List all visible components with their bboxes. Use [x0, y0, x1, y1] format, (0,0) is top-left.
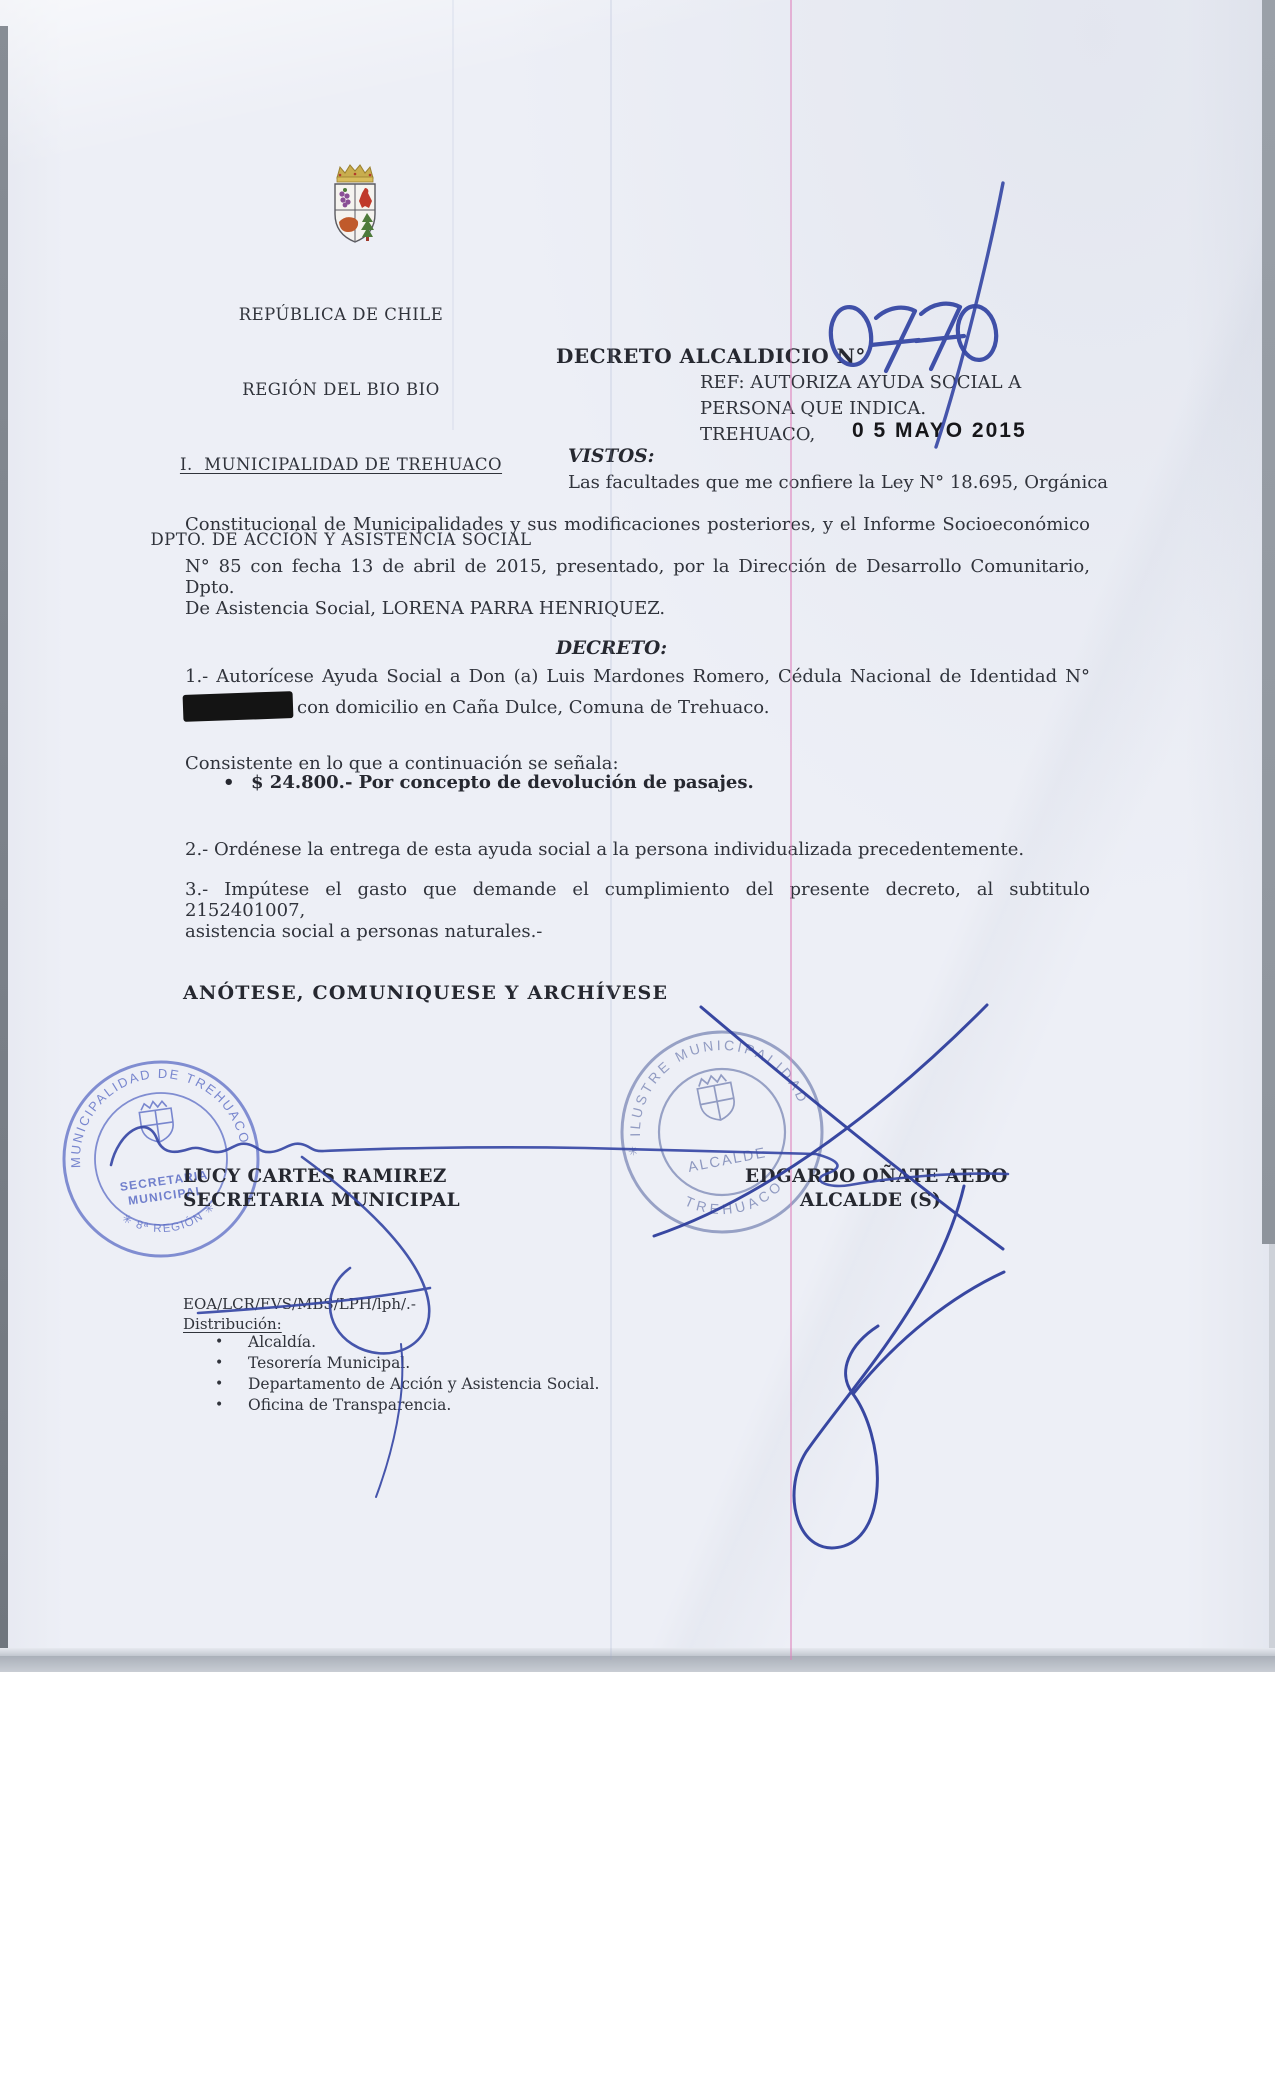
pink-margin-line — [790, 0, 792, 1660]
vistos-line-4: De Asistencia Social, LORENA PARRA HENRI… — [185, 598, 665, 619]
scanner-background — [0, 1672, 1275, 2100]
distribution-item-3: Departamento de Acción y Asistencia Soci… — [248, 1375, 599, 1393]
right-signatory-name: EDGARDO OÑATE AEDO — [745, 1166, 1008, 1187]
decree-title: DECRETO ALCALDICIO N° — [556, 344, 866, 368]
document-page: REPÚBLICA DE CHILE REGIÓN DEL BIO BIO I.… — [0, 0, 1275, 1672]
left-signatory-title: SECRETARIA MUNICIPAL — [183, 1190, 460, 1211]
center-stamp-star-icon: ✳ — [627, 1143, 640, 1159]
distribution-bullet-2: • — [215, 1355, 223, 1371]
distribution-item-4: Oficina de Transparencia. — [248, 1396, 451, 1414]
handwritten-slash — [936, 183, 1003, 447]
vistos-line-1: Las facultades que me confiere la Ley N°… — [568, 472, 1108, 493]
distribution-bullet-3: • — [215, 1376, 223, 1392]
closing-line: ANÓTESE, COMUNIQUESE Y ARCHÍVESE — [183, 982, 668, 1004]
letterhead-region: REGIÓN DEL BIO BIO — [135, 377, 547, 402]
consistente-line: Consistente en lo que a continuación se … — [185, 753, 619, 774]
left-stamp-ring-top-text: MUNICIPALIDAD DE TREHUACO — [56, 1054, 253, 1170]
fold-crease-short — [452, 0, 454, 430]
alcalde-stamp: ILUSTRE MUNICIPALIDAD TREHUACO ✳ ALCALDE — [598, 1008, 847, 1257]
scan-edge-right — [1262, 0, 1275, 1244]
left-signatory-name: LUCY CARTES RAMIREZ — [183, 1166, 447, 1187]
crown-icon — [337, 165, 373, 182]
place-line: TREHUACO, — [700, 424, 815, 445]
scan-edge-bottom — [0, 1656, 1275, 1672]
distribution-bullet-4: • — [215, 1397, 223, 1413]
ref-line-2: PERSONA QUE INDICA. — [700, 398, 926, 419]
decreto-item1-line1: 1.- Autorícese Ayuda Social a Don (a) Lu… — [185, 666, 1090, 687]
vistos-line-3: N° 85 con fecha 13 de abril de 2015, pre… — [185, 556, 1090, 598]
distribution-item-1: Alcaldía. — [248, 1333, 316, 1351]
vistos-line-2: Constitucional de Municipalidades y sus … — [185, 514, 1090, 535]
decreto-item3-line2: asistencia social a personas naturales.- — [185, 921, 542, 942]
scanned-decree-document: REPÚBLICA DE CHILE REGIÓN DEL BIO BIO I.… — [0, 0, 1275, 2100]
center-stamp-ring-top-text: ILUSTRE MUNICIPALIDAD — [611, 1021, 812, 1140]
redaction-bar — [183, 691, 294, 722]
distribution-item-2: Tesorería Municipal. — [248, 1354, 410, 1372]
coat-of-arms — [327, 160, 383, 248]
right-signatory-title: ALCALDE (S) — [800, 1190, 941, 1211]
decreto-item1-line2: con domicilio en Caña Dulce, Comuna de T… — [297, 697, 770, 718]
secretaria-municipal-stamp: MUNICIPALIDAD DE TREHUACO ✳ 8ª REGIÓN ✳ … — [45, 1043, 278, 1276]
amount-bullet-text: $ 24.800.- Por concepto de devolución de… — [251, 772, 754, 793]
svg-text:ILUSTRE MUNICIPALIDAD: ILUSTRE MUNICIPALIDAD — [611, 1021, 812, 1140]
footer-initials: EOA/LCR/EVS/MBS/LPH/lph/.- — [183, 1295, 416, 1313]
distribution-bullet-1: • — [215, 1334, 223, 1350]
scan-edge-bottom-shadow — [0, 1648, 1275, 1656]
svg-text:MUNICIPALIDAD DE TREHUACO: MUNICIPALIDAD DE TREHUACO — [56, 1054, 253, 1170]
decreto-item2: 2.- Ordénese la entrega de esta ayuda so… — [185, 839, 1024, 860]
left-stamp-emblem-icon — [138, 1099, 175, 1144]
pen-ink-overlay — [0, 0, 1275, 1672]
distribution-heading: Distribución: — [183, 1315, 282, 1333]
shield-icon — [335, 184, 375, 242]
decreto-item3-line1: 3.- Impútese el gasto que demande el cum… — [185, 879, 1090, 921]
letterhead-country: REPÚBLICA DE CHILE — [135, 302, 547, 327]
letterhead: REPÚBLICA DE CHILE REGIÓN DEL BIO BIO I.… — [135, 252, 547, 602]
ref-line-1: REF: AUTORIZA AYUDA SOCIAL A — [700, 372, 1021, 393]
scan-fold-shading — [0, 0, 1275, 1672]
scan-edge-left — [0, 26, 8, 1656]
center-stamp-emblem-icon — [695, 1073, 737, 1124]
scan-edge-right-lower — [1269, 1244, 1275, 1656]
fold-crease-vertical — [610, 0, 612, 1660]
amount-bullet-marker: • — [223, 772, 235, 793]
date-stamp: 0 5 MAYO 2015 — [852, 419, 1027, 443]
letterhead-municipality: I. MUNICIPALIDAD DE TREHUACO — [135, 452, 547, 477]
